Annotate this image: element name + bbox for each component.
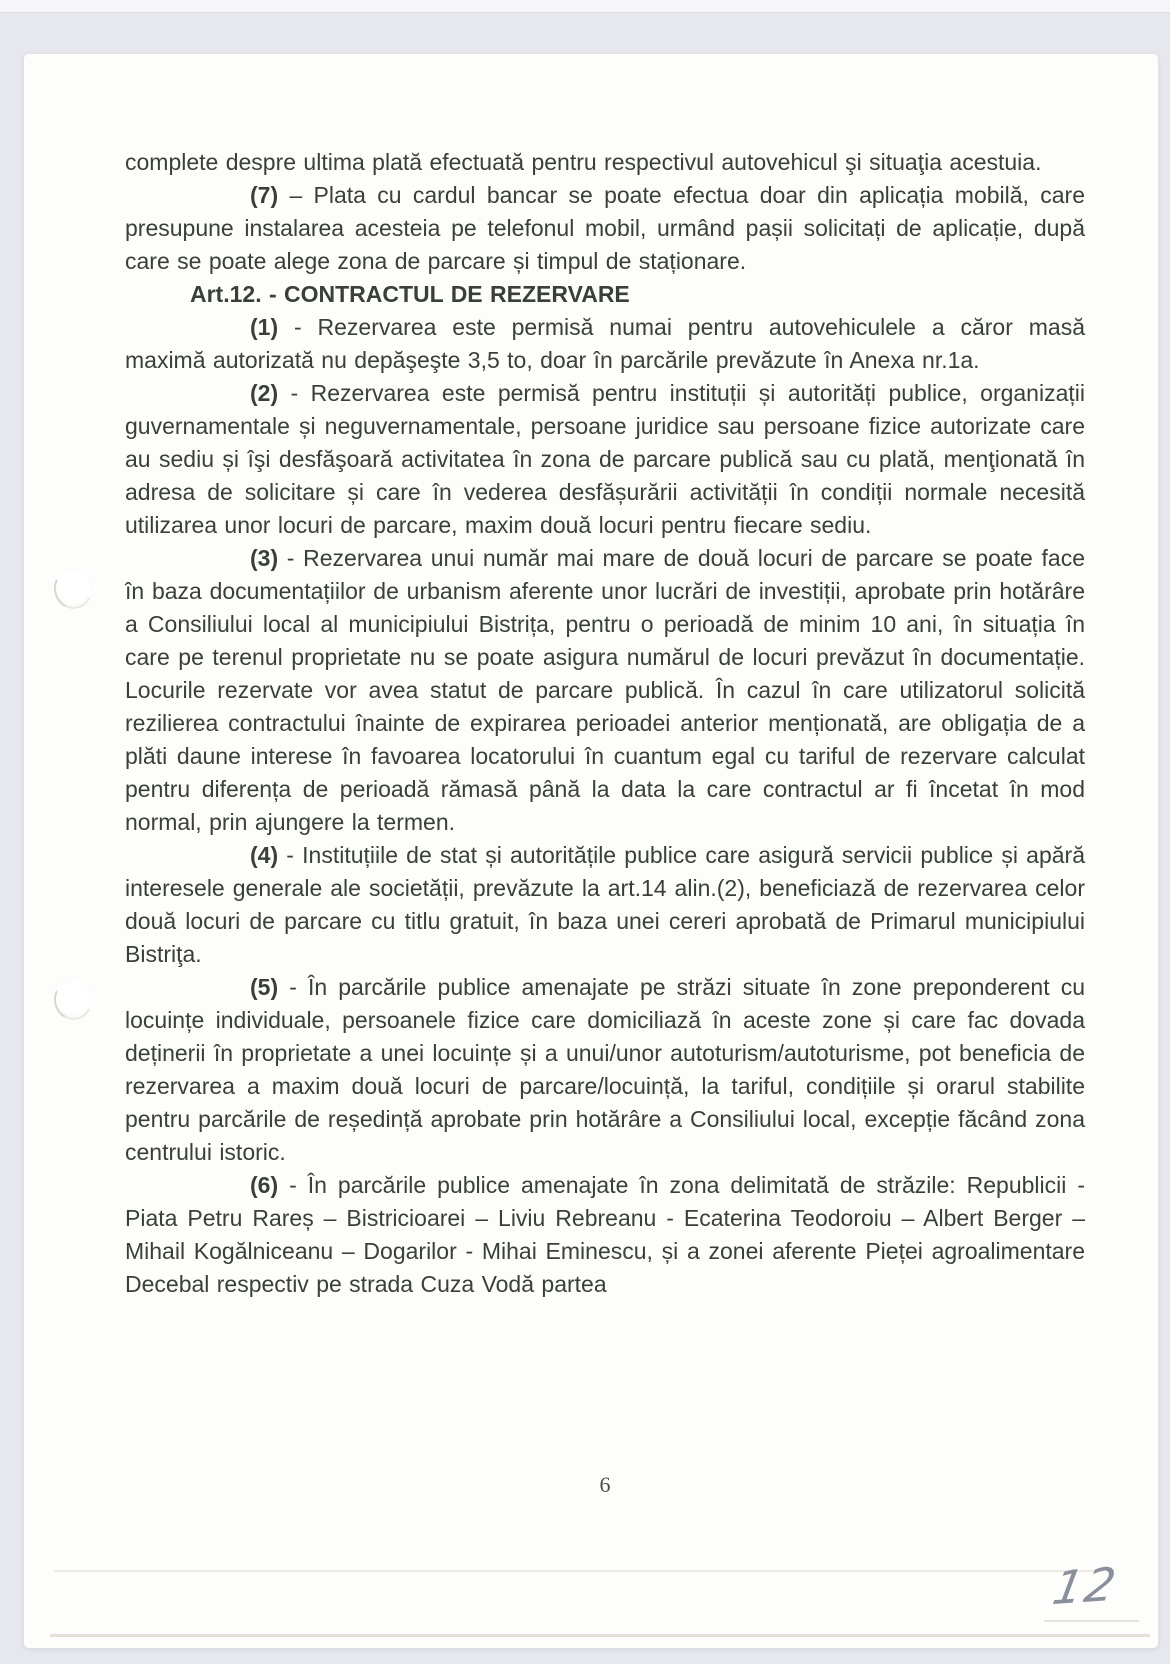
paragraph-number: (2) — [250, 380, 278, 406]
paragraph-number: (5) — [250, 974, 278, 1000]
page-number: 6 — [125, 1472, 1085, 1498]
paragraph-number: (1) — [250, 314, 278, 340]
punch-hole-shadow-top — [49, 564, 98, 614]
paragraph: (6) - În parcările publice amenajate în … — [125, 1169, 1085, 1301]
paragraph: complete despre ultima plată efectuată p… — [125, 146, 1085, 179]
paragraph-number: (6) — [250, 1172, 278, 1198]
scan-artifact-line-right — [1044, 1620, 1139, 1622]
document-body: complete despre ultima plată efectuată p… — [125, 146, 1085, 1301]
paragraph: (1) - Rezervarea este permisă numai pent… — [125, 311, 1085, 377]
paragraph-number: (4) — [250, 842, 278, 868]
handwritten-page-mark: 12 — [1049, 1557, 1122, 1615]
paragraph-number: (3) — [250, 545, 278, 571]
scan-artifact-line-upper — [54, 1570, 1104, 1572]
paragraph: (4) - Instituțiile de stat și autorități… — [125, 839, 1085, 971]
document-page: complete despre ultima plată efectuată p… — [24, 54, 1158, 1648]
paragraph: (5) - În parcările publice amenajate pe … — [125, 971, 1085, 1169]
paragraph-number: (7) — [250, 182, 278, 208]
paragraph: (3) - Rezervarea unui număr mai mare de … — [125, 542, 1085, 839]
article-heading: Art.12. - CONTRACTUL DE REZERVARE — [125, 278, 1085, 311]
punch-hole-shadow-bottom — [49, 975, 98, 1025]
scanner-background-strip — [0, 0, 1170, 13]
paragraph: (2) - Rezervarea este permisă pentru ins… — [125, 377, 1085, 542]
paragraph: (7) – Plata cu cardul bancar se poate ef… — [125, 179, 1085, 278]
scan-artifact-line-lower — [50, 1634, 1150, 1637]
